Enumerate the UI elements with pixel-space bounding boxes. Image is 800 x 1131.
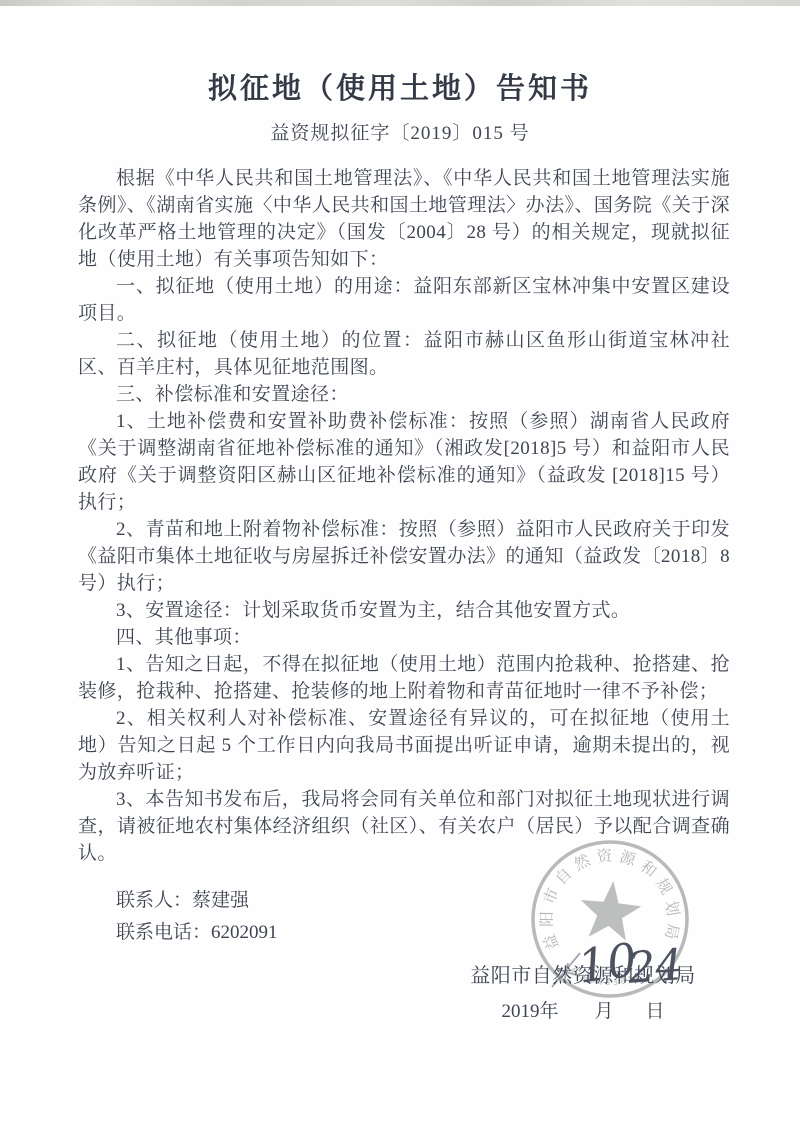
intro-paragraph: 根据《中华人民共和国土地管理法》、《中华人民共和国土地管理法实施条例》、《湖南省… — [78, 165, 730, 273]
section-4-item-2: 2、相关权利人对补偿标准、安置途径有异议的，可在拟征地（使用土地）告知之日起 5… — [78, 705, 730, 786]
issue-date: 2019年月日 — [452, 996, 714, 1023]
section-3-item-3: 3、安置途径：计划采取货币安置为主，结合其他安置方式。 — [78, 597, 730, 624]
section-3-item-2: 2、青苗和地上附着物补偿标准：按照（参照）益阳市人民政府关于印发《益阳市集体土地… — [78, 516, 730, 597]
section-3-heading: 三、补偿标准和安置途径： — [78, 381, 730, 408]
scan-artifact-top-edge — [0, 0, 800, 6]
document-body: 根据《中华人民共和国土地管理法》、《中华人民共和国土地管理法实施条例》、《湖南省… — [78, 165, 730, 867]
section-2-location: 二、拟征地（使用土地）的位置：益阳市赫山区鱼形山街道宝林冲社区、百羊庄村，具体见… — [78, 327, 730, 381]
scanned-document-page: 拟征地（使用土地）告知书 益资规拟征字〔2019〕015 号 根据《中华人民共和… — [0, 0, 800, 1131]
section-3-item-1: 1、土地补偿费和安置补助费补偿标准：按照（参照）湖南省人民政府《关于调整湖南省征… — [78, 408, 730, 516]
section-4-heading: 四、其他事项： — [78, 624, 730, 651]
section-4-item-1: 1、告知之日起，不得在拟征地（使用土地）范围内抢栽种、抢搭建、抢装修，抢栽种、抢… — [78, 651, 730, 705]
document-title: 拟征地（使用土地）告知书 — [0, 66, 800, 107]
section-1-purpose: 一、拟征地（使用土地）的用途：益阳东部新区宝林冲集中安置区建设项目。 — [78, 273, 730, 327]
scan-artifact-left-edge — [4, 0, 6, 1131]
seal-star-icon — [577, 878, 644, 942]
handwritten-day: 24 — [626, 940, 684, 994]
date-day-char: 日 — [646, 1001, 665, 1022]
date-month-char: 月 — [594, 1001, 613, 1022]
document-number: 益资规拟征字〔2019〕015 号 — [0, 118, 800, 145]
date-year: 2019年 — [501, 1001, 558, 1022]
